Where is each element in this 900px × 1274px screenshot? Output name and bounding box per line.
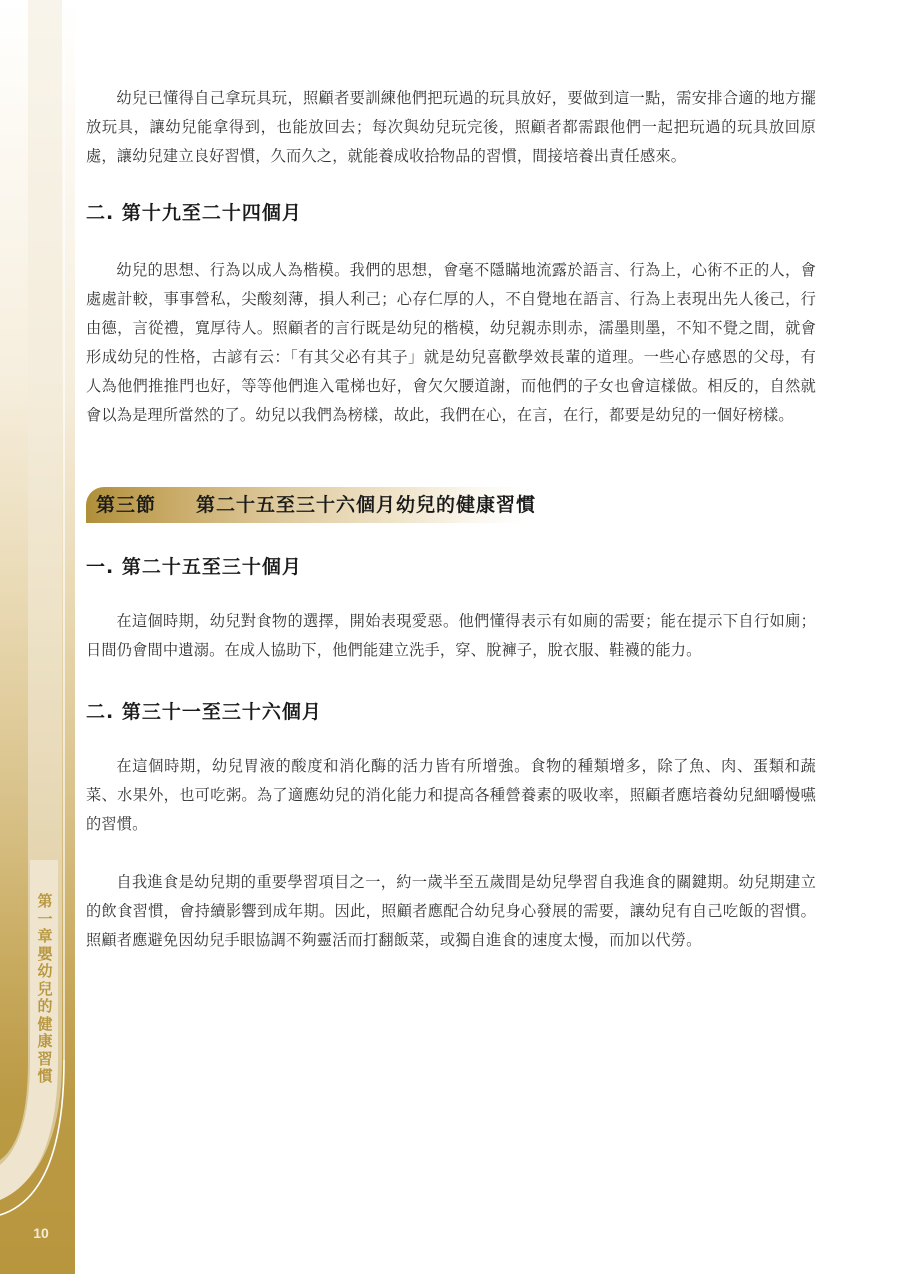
part-2-heading: 二. 第三十一至三十六個月 [86, 697, 816, 724]
part-2-paragraph-1: 在這個時期，幼兒胃液的酸度和消化酶的活力皆有所增強。食物的種類增多，除了魚、肉、… [86, 752, 816, 839]
section-gap [156, 494, 196, 516]
page-number: 10 [26, 1225, 56, 1241]
section-2-heading: 二. 第十九至二十四個月 [86, 198, 816, 225]
section-banner-title: 第三節 第二十五至三十六個月幼兒的健康習慣 [96, 490, 536, 517]
section-2-paragraph: 幼兒的思想、行為以成人為楷模。我們的思想，會毫不隱瞞地流露於語言、行為上，心術不… [86, 256, 816, 430]
part-2-paragraph-2: 自我進食是幼兒期的重要學習項目之一，約一歲半至五歲間是幼兒學習自我進食的關鍵期。… [86, 868, 816, 955]
intro-paragraph: 幼兒已懂得自己拿玩具玩，照顧者要訓練他們把玩過的玩具放好，要做到這一點，需安排合… [86, 84, 816, 171]
chapter-vertical-title: 第一章 嬰幼兒的健康習慣 [36, 893, 54, 1086]
chapter-side-band: 第一章 嬰幼兒的健康習慣 10 [0, 0, 75, 1274]
section-label: 第三節 [96, 494, 156, 516]
part-1-heading: 一. 第二十五至三十個月 [86, 552, 816, 579]
section-title: 第二十五至三十六個月幼兒的健康習慣 [196, 494, 536, 516]
part-1-paragraph: 在這個時期，幼兒對食物的選擇，開始表現愛惡。他們懂得表示有如廁的需要；能在提示下… [86, 607, 816, 665]
